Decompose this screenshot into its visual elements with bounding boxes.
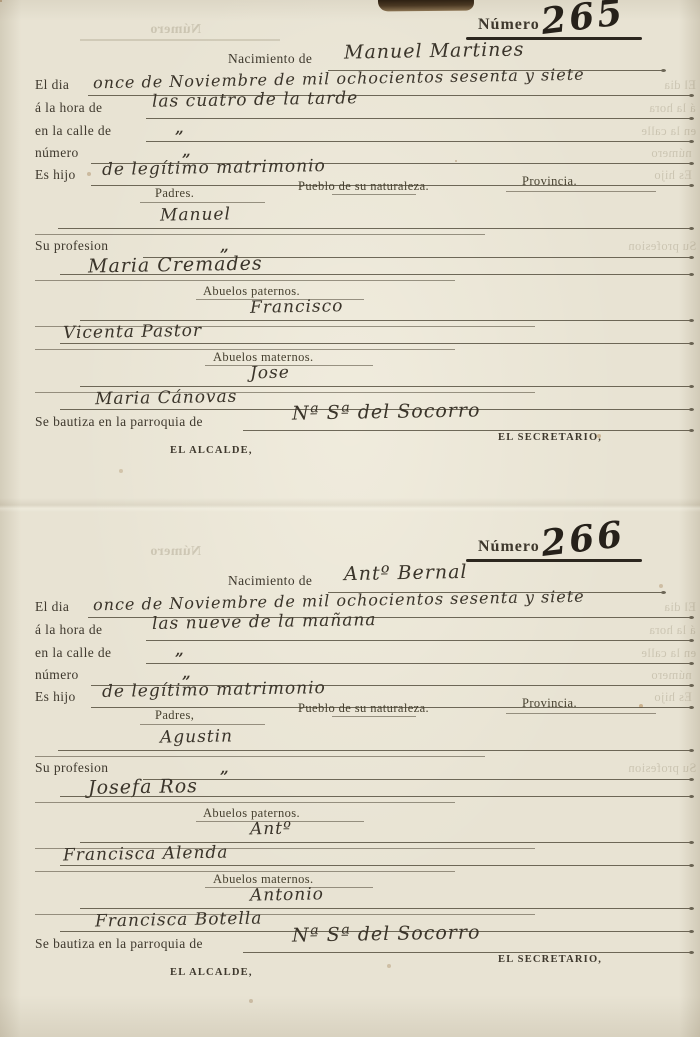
es-hijo-label: Es hijo xyxy=(35,689,76,705)
numero-value-handwritten: 266 xyxy=(539,513,628,565)
register-entry-265: Número Número 265 Nacimiento de Manuel M… xyxy=(0,0,700,480)
hora-label: á la hora de xyxy=(35,622,102,638)
paternal-grandmother-handwritten: Francisca Alenda xyxy=(63,843,229,866)
dia-label: El dia xyxy=(35,77,69,93)
rule-line xyxy=(35,802,455,803)
father-name-handwritten: Manuel xyxy=(160,204,231,225)
nacimiento-label: Nacimiento de xyxy=(228,51,312,67)
paternal-grandmother-handwritten: Vicenta Pastor xyxy=(63,321,202,343)
maternal-grandmother-handwritten: Maria Cánovas xyxy=(95,387,238,409)
rule-line xyxy=(332,716,416,717)
rule-line xyxy=(60,865,693,866)
provincia-header: Provincia. xyxy=(522,174,577,189)
showthrough-text: á la hora xyxy=(649,623,696,638)
rule-line xyxy=(60,343,693,344)
numero-calle-label: número xyxy=(35,145,79,161)
secretario-label: EL SECRETARIO, xyxy=(498,954,602,965)
padres-header: Padres, xyxy=(155,708,194,723)
padres-header: Padres. xyxy=(155,186,194,201)
rule-line xyxy=(146,640,693,641)
rule-line xyxy=(146,141,693,142)
showthrough-text: número xyxy=(651,146,692,161)
rule-line xyxy=(332,194,416,195)
profession-ditto-mark: „ xyxy=(220,759,230,777)
rule-line xyxy=(35,280,455,281)
child-name-handwritten: Manuel Martines xyxy=(344,38,525,63)
child-name-handwritten: Antº Bernal xyxy=(344,561,468,585)
rule-line xyxy=(58,750,693,751)
rule-line xyxy=(146,118,693,119)
showthrough-text: en la calle xyxy=(641,646,696,661)
showthrough-text: El dia xyxy=(664,600,696,615)
alcalde-label: EL ALCALDE, xyxy=(170,445,253,456)
rule-line xyxy=(243,952,693,953)
hour-handwritten: las cuatro de la tarde xyxy=(152,88,359,112)
provincia-header: Provincia. xyxy=(522,696,577,711)
legitimacy-handwritten: de legítimo matrimonio xyxy=(102,156,326,180)
rule-line xyxy=(506,191,656,192)
rule-line xyxy=(35,234,485,235)
rule-line xyxy=(506,713,656,714)
pueblo-header: Pueblo de su naturaleza. xyxy=(298,179,429,194)
father-name-handwritten: Agustin xyxy=(160,726,233,747)
numero-underline xyxy=(466,559,642,562)
secretario-label: EL SECRETARIO, xyxy=(498,432,602,443)
showthrough-numero: Número xyxy=(150,22,201,38)
rule-line xyxy=(60,274,693,275)
rule-line xyxy=(243,430,693,431)
house-number-ditto-mark: „ xyxy=(182,664,192,682)
maternal-grandfather-handwritten: Jose xyxy=(250,363,290,384)
showthrough-text: número xyxy=(651,668,692,683)
house-number-ditto-mark: „ xyxy=(182,142,192,160)
calle-label: en la calle de xyxy=(35,123,111,139)
parish-handwritten: Nª Sª del Socorro xyxy=(292,921,481,946)
street-ditto-mark: „ xyxy=(175,641,185,659)
rule-line xyxy=(140,724,265,725)
showthrough-text: Es hijo xyxy=(654,690,692,705)
es-hijo-label: Es hijo xyxy=(35,167,76,183)
numero-calle-label: número xyxy=(35,667,79,683)
parish-handwritten: Nª Sª del Socorro xyxy=(292,399,481,424)
pueblo-header: Pueblo de su naturaleza. xyxy=(298,701,429,716)
dia-label: El dia xyxy=(35,599,69,615)
paternal-grandfather-handwritten: Antº xyxy=(250,819,292,840)
showthrough-numero: Número xyxy=(150,544,201,560)
parroquia-label: Se bautiza en la parroquia de xyxy=(35,414,203,430)
numero-label: Número xyxy=(478,538,540,556)
profesion-label: Su profesion xyxy=(35,760,108,776)
hour-handwritten: las nueve de la mañana xyxy=(152,610,377,634)
showthrough-text: Es hijo xyxy=(654,168,692,183)
numero-label: Número xyxy=(478,16,540,34)
parroquia-label: Se bautiza en la parroquia de xyxy=(35,936,203,952)
page-crease xyxy=(0,498,700,512)
showthrough-line xyxy=(80,39,280,41)
showthrough-text: á la hora xyxy=(649,101,696,116)
rule-line xyxy=(143,779,693,780)
register-entry-266: Número Número 266 Nacimiento de Antº Ber… xyxy=(0,522,700,1002)
rule-line xyxy=(80,386,693,387)
hora-label: á la hora de xyxy=(35,100,102,116)
rule-line xyxy=(35,756,485,757)
rule-line xyxy=(60,796,693,797)
paternal-grandfather-handwritten: Francisco xyxy=(250,296,344,318)
rule-line xyxy=(58,228,693,229)
maternal-grandmother-handwritten: Francisca Botella xyxy=(95,909,263,932)
showthrough-text: Su profesion xyxy=(628,761,696,776)
profesion-label: Su profesion xyxy=(35,238,108,254)
showthrough-text: en la calle xyxy=(641,124,696,139)
showthrough-text: El dia xyxy=(664,78,696,93)
calle-label: en la calle de xyxy=(35,645,111,661)
street-ditto-mark: „ xyxy=(175,119,185,137)
rule-line xyxy=(80,908,693,909)
rule-line xyxy=(140,202,265,203)
showthrough-text: Su profesion xyxy=(628,239,696,254)
alcalde-label: EL ALCALDE, xyxy=(170,967,253,978)
nacimiento-label: Nacimiento de xyxy=(228,573,312,589)
rule-line xyxy=(146,663,693,664)
maternal-grandfather-handwritten: Antonio xyxy=(250,884,324,905)
legitimacy-handwritten: de legítimo matrimonio xyxy=(102,678,326,702)
